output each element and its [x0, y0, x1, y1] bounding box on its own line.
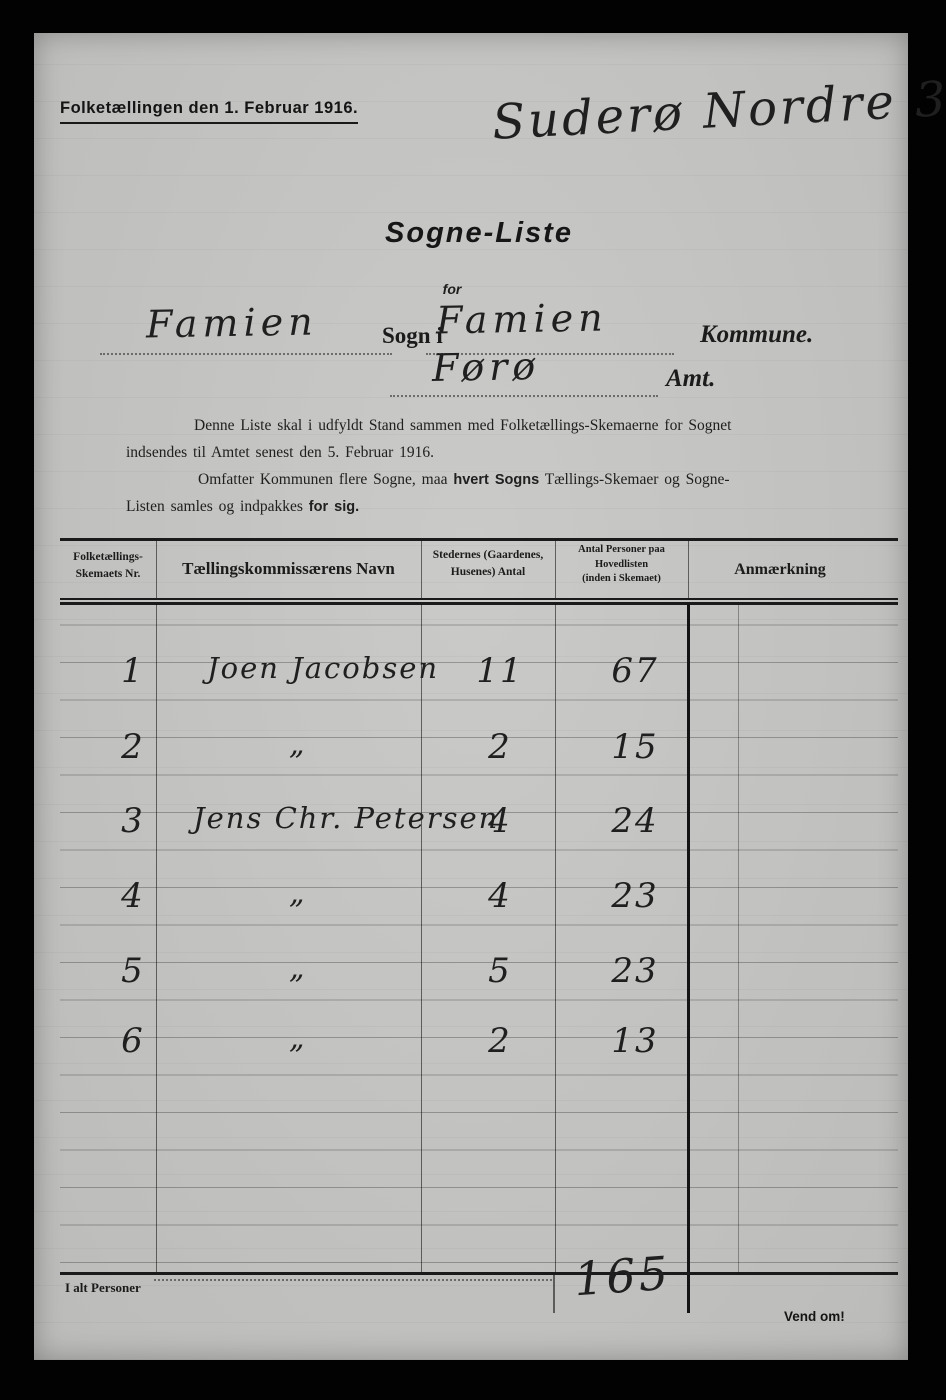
row-navn-ditto: „: [185, 876, 447, 926]
column-header-personer-line2: Hovedlisten: [555, 558, 688, 573]
column-header-personer-line3: (inden i Skemaet): [555, 572, 688, 587]
sogn-fill-line: [100, 353, 392, 355]
instructions-line-3-post: Tællings-Skemaer og Sogne-: [539, 471, 729, 488]
row-personer-antal: 15: [594, 727, 676, 777]
instructions-line-3-bold: hvert Sogns: [453, 472, 539, 488]
table-bottom-border: [60, 1272, 898, 1275]
total-fill-line: [154, 1279, 552, 1281]
column-header-navn: Tællingskommissærens Navn: [156, 559, 421, 579]
table-row: 1 Joen Jacobsen 11 67: [60, 651, 898, 701]
row-navn-ditto: „: [185, 727, 447, 777]
amt-fill-line: [390, 395, 658, 397]
row-personer-antal: 24: [594, 801, 676, 851]
handwritten-total-value: 165: [572, 1246, 672, 1307]
total-label: I alt Personer: [65, 1280, 141, 1296]
column-header-personer-line1: Antal Personer paa: [555, 543, 688, 558]
row-steder-antal: 2: [458, 1021, 542, 1071]
table-row: 6 „ 2 13: [60, 1021, 898, 1071]
row-personer-antal: 13: [594, 1021, 676, 1071]
census-form-page: Folketællingen den 1. Februar 1916. Sude…: [34, 33, 908, 1360]
row-steder-antal: 2: [458, 727, 542, 777]
total-column-divider: [553, 1275, 555, 1313]
for-label: for: [432, 281, 472, 297]
row-personer-antal: 67: [594, 651, 676, 701]
table-row: 4 „ 4 23: [60, 876, 898, 926]
row-personer-antal: 23: [594, 876, 676, 926]
turn-over-note: Vend om!: [784, 1309, 845, 1324]
table-top-border: [60, 538, 898, 541]
column-header-skema-nr-line1: Folketællings-: [60, 549, 156, 566]
row-skema-nr: 1: [98, 651, 168, 701]
table-body-divider: [421, 604, 422, 1272]
row-steder-antal: 4: [458, 801, 542, 851]
table-row: 3 Jens Chr. Petersen 4 24: [60, 801, 898, 851]
row-navn-ditto: „: [185, 951, 447, 1001]
column-header-anmaerkning: Anmærkning: [688, 561, 872, 579]
row-skema-nr: 6: [98, 1021, 168, 1071]
form-title: Sogne-Liste: [364, 217, 594, 250]
total-column-divider-heavy: [687, 1275, 690, 1313]
column-header-skema-nr: Folketællings- Skemaets Nr.: [60, 549, 156, 583]
instructions-line-3: Omfatter Kommunen flere Sogne, maa hvert…: [198, 471, 730, 489]
handwritten-sogn-name: Famien: [146, 300, 318, 347]
row-navn-ditto: „: [185, 1021, 447, 1071]
column-header-steder-line2: Husenes) Antal: [421, 564, 555, 581]
column-header-steder-line1: Stedernes (Gaardenes,: [421, 547, 555, 564]
instructions-line-2: indsendes til Amtet senest den 5. Februa…: [126, 444, 434, 462]
row-steder-antal: 4: [458, 876, 542, 926]
scanned-document: Folketællingen den 1. Februar 1916. Sude…: [0, 0, 946, 1400]
table-body-divider-heavy: [687, 604, 690, 1272]
instructions-line-4-bold: for sig.: [309, 499, 359, 515]
column-header-skema-nr-line2: Skemaets Nr.: [60, 566, 156, 583]
handwritten-amt-name: Førø: [432, 344, 541, 390]
handwritten-kommune-name: Famien: [436, 296, 608, 343]
form-stamp-title: Folketællingen den 1. Februar 1916.: [60, 99, 358, 124]
column-header-steder: Stedernes (Gaardenes, Husenes) Antal: [421, 547, 555, 581]
instructions-line-4-pre: Listen samles og indpakkes: [126, 498, 309, 515]
row-navn: Jens Chr. Petersen: [185, 801, 447, 851]
table-row: 5 „ 5 23: [60, 951, 898, 1001]
row-steder-antal: 11: [458, 651, 542, 701]
row-skema-nr: 3: [98, 801, 168, 851]
amt-label: Amt.: [666, 365, 715, 393]
row-skema-nr: 2: [98, 727, 168, 777]
table-row: 2 „ 2 15: [60, 727, 898, 777]
instructions-line-3-pre: Omfatter Kommunen flere Sogne, maa: [198, 471, 453, 488]
handwritten-district-annotation: Suderø Nordre 3: [491, 71, 946, 151]
column-header-personer: Antal Personer paa Hovedlisten (inden i …: [555, 543, 688, 587]
table-body-divider-faint: [738, 604, 739, 1272]
table-body-divider: [156, 604, 157, 1272]
table-body-divider: [555, 604, 556, 1272]
row-skema-nr: 4: [98, 876, 168, 926]
instructions-line-4: Listen samles og indpakkes for sig.: [126, 498, 359, 516]
kommune-label: Kommune.: [700, 321, 813, 349]
row-personer-antal: 23: [594, 951, 676, 1001]
instructions-line-1: Denne Liste skal i udfyldt Stand sammen …: [194, 417, 731, 435]
row-skema-nr: 5: [98, 951, 168, 1001]
row-navn: Joen Jacobsen: [185, 651, 447, 701]
row-steder-antal: 5: [458, 951, 542, 1001]
